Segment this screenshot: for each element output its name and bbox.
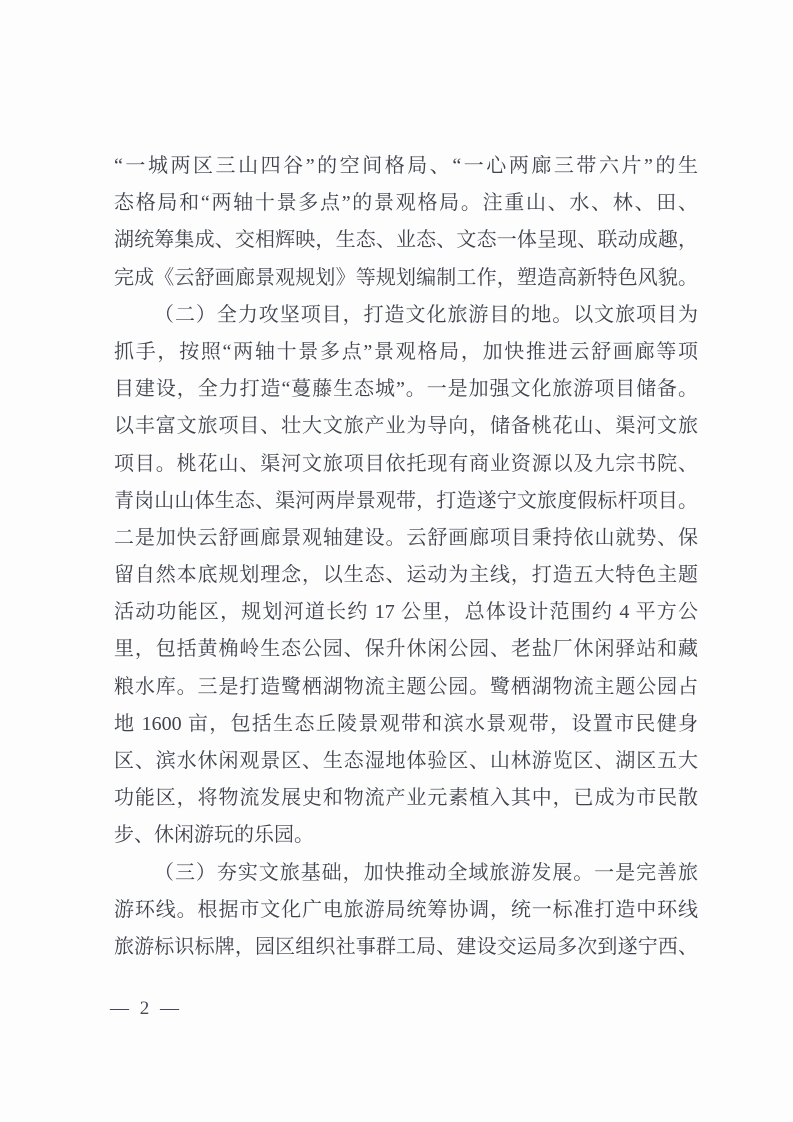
text-line: 旅游标识标牌，园区组织社事群工局、建设交运局多次到遂宁西、 — [114, 929, 698, 966]
text-line: 目建设，全力打造“蔓藤生态城”。一是加强文化旅游项目储备。 — [114, 371, 698, 408]
text-line: 地 1600 亩，包括生态丘陵景观带和滨水景观带，设置市民健身 — [114, 706, 698, 743]
text-line: 青岗山山体生态、渠河两岸景观带，打造遂宁文旅度假标杆项目。 — [114, 483, 698, 520]
text-line: 功能区，将物流发展史和物流产业元素植入其中，已成为市民散 — [114, 780, 698, 817]
document-page: “一城两区三山四谷”的空间格局、“一心两廊三带六片”的生 态格局和“两轴十景多点… — [0, 0, 793, 1122]
text-line: 项目。桃花山、渠河文旅项目依托现有商业资源以及九宗书院、 — [114, 446, 698, 483]
text-line: 态格局和“两轴十景多点”的景观格局。注重山、水、林、田、 — [114, 185, 698, 222]
text-line: 活动功能区，规划河道长约 17 公里，总体设计范围约 4 平方公 — [114, 594, 698, 631]
text-line: “一城两区三山四谷”的空间格局、“一心两廊三带六片”的生 — [114, 148, 698, 185]
text-line: 以丰富文旅项目、壮大文旅产业为导向，储备桃花山、渠河文旅 — [114, 408, 698, 445]
text-line: 里，包括黄桷岭生态公园、保升休闲公园、老盐厂休闲驿站和藏 — [114, 631, 698, 668]
document-text: “一城两区三山四谷”的空间格局、“一心两廊三带六片”的生 态格局和“两轴十景多点… — [114, 148, 698, 966]
page-number: — 2 — — [110, 996, 182, 1022]
text-line: 二是加快云舒画廊景观轴建设。云舒画廊项目秉持依山就势、保 — [114, 520, 698, 557]
text-line-paragraph-start: （三）夯实文旅基础，加快推动全域旅游发展。一是完善旅 — [114, 855, 698, 892]
text-line: 区、滨水休闲观景区、生态湿地体验区、山林游览区、湖区五大 — [114, 743, 698, 780]
text-line-paragraph-start: （二）全力攻坚项目，打造文化旅游目的地。以文旅项目为 — [114, 297, 698, 334]
text-line: 留自然本底规划理念，以生态、运动为主线，打造五大特色主题 — [114, 557, 698, 594]
text-line: 粮水库。三是打造鹭栖湖物流主题公园。鹭栖湖物流主题公园占 — [114, 669, 698, 706]
text-line-paragraph-end: 步、休闲游玩的乐园。 — [114, 817, 698, 854]
text-line: 完成《云舒画廊景观规划》等规划编制工作，塑造高新特色风貌。 — [114, 260, 698, 297]
text-line: 抓手，按照“两轴十景多点”景观格局，加快推进云舒画廊等项 — [114, 334, 698, 371]
text-line: 游环线。根据市文化广电旅游局统筹协调，统一标准打造中环线 — [114, 892, 698, 929]
text-line: 湖统筹集成、交相辉映，生态、业态、文态一体呈现、联动成趣， — [114, 222, 698, 259]
